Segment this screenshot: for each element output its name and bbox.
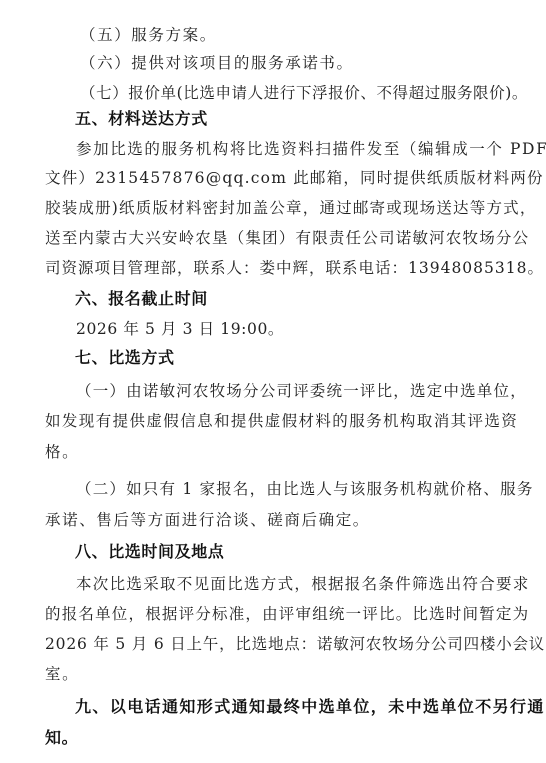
section-heading-deadline: 六、报名截止时间 xyxy=(75,289,208,309)
method-item-one: （一）由诺敏河农牧场分公司评委统一评比，选定中选单位， xyxy=(76,381,527,401)
item-six-service-commitment: （六）提供对该项目的服务承诺书。 xyxy=(80,53,354,73)
section-heading-notification: 九、以电话通知形式通知最终中选单位，未中选单位不另行通 xyxy=(75,697,545,717)
method-item-two: （二）如只有 1 家报名，由比选人与该服务机构就价格、服务 xyxy=(76,479,534,499)
time-location-paragraph-line: 本次比选采取不见面比选方式，根据报名条件筛选出符合要求 xyxy=(76,574,530,594)
deadline-datetime: 2026 年 5 月 3 日 19:00。 xyxy=(76,319,284,339)
delivery-contact-line: 司资源项目管理部，联系人：娄中辉，联系电话：13948085318。 xyxy=(45,258,544,278)
item-seven-quotation: （七）报价单(比选申请人进行下浮报价、不得超过服务限价)。 xyxy=(80,83,528,103)
delivery-paragraph-line: 胶装成册)纸质版材料密封加盖公章，通过邮寄或现场送达等方式， xyxy=(45,198,537,218)
time-location-paragraph-line: 室。 xyxy=(45,664,79,684)
document-page: （五）服务方案。 （六）提供对该项目的服务承诺书。 （七）报价单(比选申请人进行… xyxy=(0,0,546,763)
item-five-service-plan: （五）服务方案。 xyxy=(80,25,217,45)
delivery-paragraph-line: 文件）2315457876@qq.com 此邮箱，同时提供纸质版材料两份（需 xyxy=(45,168,546,188)
time-location-paragraph-line: 2026 年 5 月 6 日上午，比选地点：诺敏河农牧场分公司四楼小会议 xyxy=(45,634,545,654)
method-item-two-line: 承诺、售后等方面进行洽谈、磋商后确定。 xyxy=(45,510,370,530)
time-location-paragraph-line: 的报名单位，根据评分标准，由评审组统一评比。比选时间暂定为 xyxy=(45,604,529,624)
delivery-paragraph-line: 送至内蒙古大兴安岭农垦（集团）有限责任公司诺敏河农牧场分公 xyxy=(45,228,529,248)
section-heading-selection-method: 七、比选方式 xyxy=(75,348,175,368)
method-item-one-line: 如发现有提供虚假信息和提供虚假材料的服务机构取消其评选资 xyxy=(45,411,518,431)
section-heading-time-location: 八、比选时间及地点 xyxy=(75,542,224,562)
method-item-one-line: 格。 xyxy=(45,442,79,462)
section-heading-delivery: 五、材料送达方式 xyxy=(75,109,208,129)
section-heading-notification-cont: 知。 xyxy=(45,728,78,748)
delivery-paragraph-line: 参加比选的服务机构将比选资料扫描件发至（编辑成一个 PDF xyxy=(76,139,546,159)
